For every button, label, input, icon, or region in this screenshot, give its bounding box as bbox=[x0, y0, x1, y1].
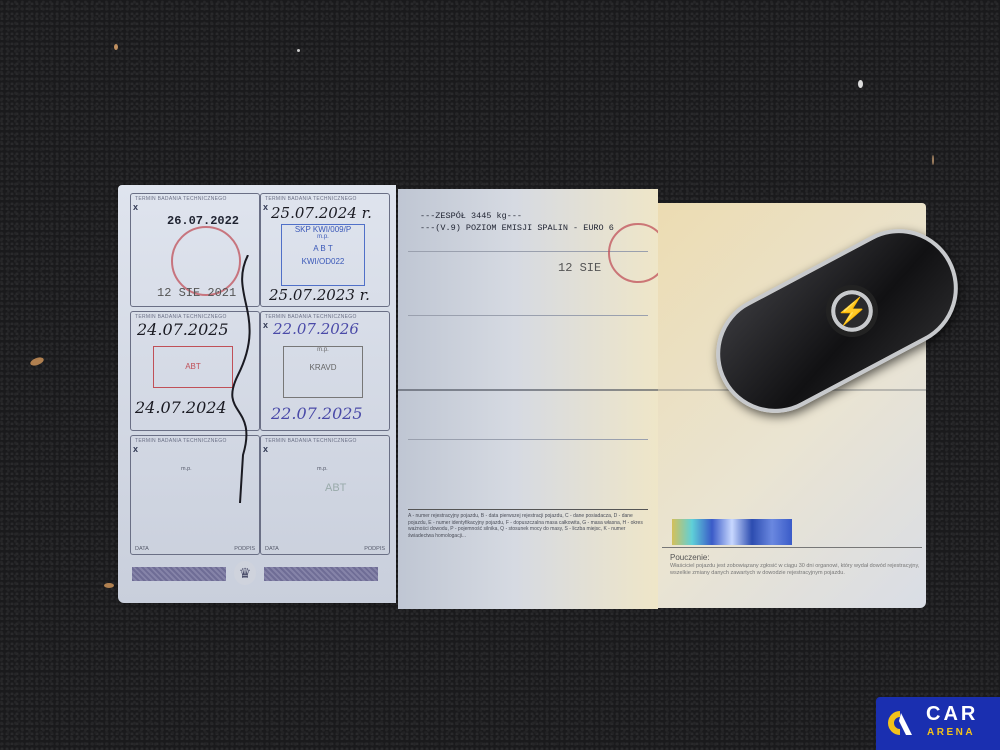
debris bbox=[104, 583, 114, 588]
notice-text: Właściciel pojazdu jest zobowiązany zgło… bbox=[670, 563, 920, 577]
signature-label: PODPIS bbox=[364, 546, 385, 552]
cell-header: TERMIN BADANIA TECHNICZNEGO bbox=[265, 438, 357, 444]
cell-header: TERMIN BADANIA TECHNICZNEGO bbox=[135, 196, 227, 202]
stamp-line: A B T bbox=[282, 244, 364, 253]
form-line bbox=[408, 315, 648, 316]
stamp-line: KWI/OD022 bbox=[282, 257, 364, 266]
signature-label: PODPIS bbox=[234, 546, 255, 552]
debris bbox=[297, 49, 300, 52]
field-legend: A - numer rejestracyjny pojazdu, B - dat… bbox=[408, 513, 652, 539]
polish-eagle-emblem: ♛ bbox=[234, 561, 256, 585]
stamp-line: SKP KWI/009/P bbox=[282, 225, 364, 234]
page-fold bbox=[398, 389, 658, 391]
notice-title: Pouczenie: bbox=[670, 553, 710, 562]
handwritten-date-bottom: 24.07.2024 bbox=[135, 398, 227, 417]
form-line bbox=[662, 547, 922, 548]
station-stamp: SKP KWI/009/P m.p. A B T KWI/OD022 bbox=[281, 224, 365, 286]
logo-text-car: CAR bbox=[926, 703, 978, 726]
debris bbox=[114, 44, 118, 50]
stamp-line: KRAVD bbox=[284, 363, 362, 372]
x-mark: x bbox=[263, 202, 268, 212]
handwritten-date-top: 25.07.2024 r. bbox=[271, 204, 372, 222]
stamp-line: ABT bbox=[185, 362, 201, 371]
form-line bbox=[408, 509, 648, 510]
station-stamp: m.p. KRAVD bbox=[283, 346, 363, 398]
inspection-cell-6: TERMIN BADANIA TECHNICZNEGO x m.p. ABT D… bbox=[260, 435, 390, 555]
faint-stamp: ABT bbox=[325, 482, 346, 494]
x-mark: x bbox=[133, 444, 138, 454]
stamp-line: m.p. bbox=[282, 234, 364, 240]
handwritten-date-bottom: 25.07.2023 r. bbox=[269, 286, 370, 304]
opel-logo-icon: ⚡ bbox=[826, 285, 878, 337]
handwritten-date-top: 22.07.2026 bbox=[273, 320, 359, 338]
security-hologram bbox=[672, 519, 792, 545]
security-band-right bbox=[264, 567, 378, 581]
mp-label: m.p. bbox=[181, 466, 192, 472]
security-band-left bbox=[132, 567, 226, 581]
signature-stroke bbox=[218, 255, 278, 505]
car-arena-logo: CAR ARENA bbox=[876, 697, 1000, 750]
cell-header: TERMIN BADANIA TECHNICZNEGO bbox=[135, 438, 227, 444]
logo-glyph: ⚡ bbox=[836, 296, 868, 326]
inspection-page: TERMIN BADANIA TECHNICZNEGO x 26.07.2022… bbox=[118, 185, 396, 603]
car-arena-mark-icon bbox=[886, 709, 914, 737]
total-mass-line: ---ZESPÓŁ 3445 kg--- bbox=[420, 211, 522, 221]
handwritten-date-bottom: 22.07.2025 bbox=[271, 404, 363, 423]
emission-line: ---(V.9) POZIOM EMISJI SPALIN - EURO 6 bbox=[420, 223, 614, 233]
stamp-line: m.p. bbox=[284, 347, 362, 353]
form-line bbox=[408, 439, 648, 440]
date-stamp: 12 SIE bbox=[558, 261, 601, 275]
inspection-cell-4: TERMIN BADANIA TECHNICZNEGO x 22.07.2026… bbox=[260, 311, 390, 431]
logo-text-arena: ARENA bbox=[927, 727, 975, 738]
opel-key-fob: ⚡ bbox=[688, 222, 973, 432]
date-label: DATA bbox=[265, 546, 279, 552]
inspection-cell-2: TERMIN BADANIA TECHNICZNEGO x 25.07.2024… bbox=[260, 193, 390, 307]
date-label: DATA bbox=[135, 546, 149, 552]
debris bbox=[29, 356, 45, 367]
cell-header: TERMIN BADANIA TECHNICZNEGO bbox=[265, 196, 357, 202]
handwritten-date-top: 24.07.2025 bbox=[137, 320, 229, 339]
x-mark: x bbox=[133, 202, 138, 212]
debris bbox=[932, 155, 934, 165]
mp-label: m.p. bbox=[317, 466, 328, 472]
debris bbox=[858, 80, 863, 88]
